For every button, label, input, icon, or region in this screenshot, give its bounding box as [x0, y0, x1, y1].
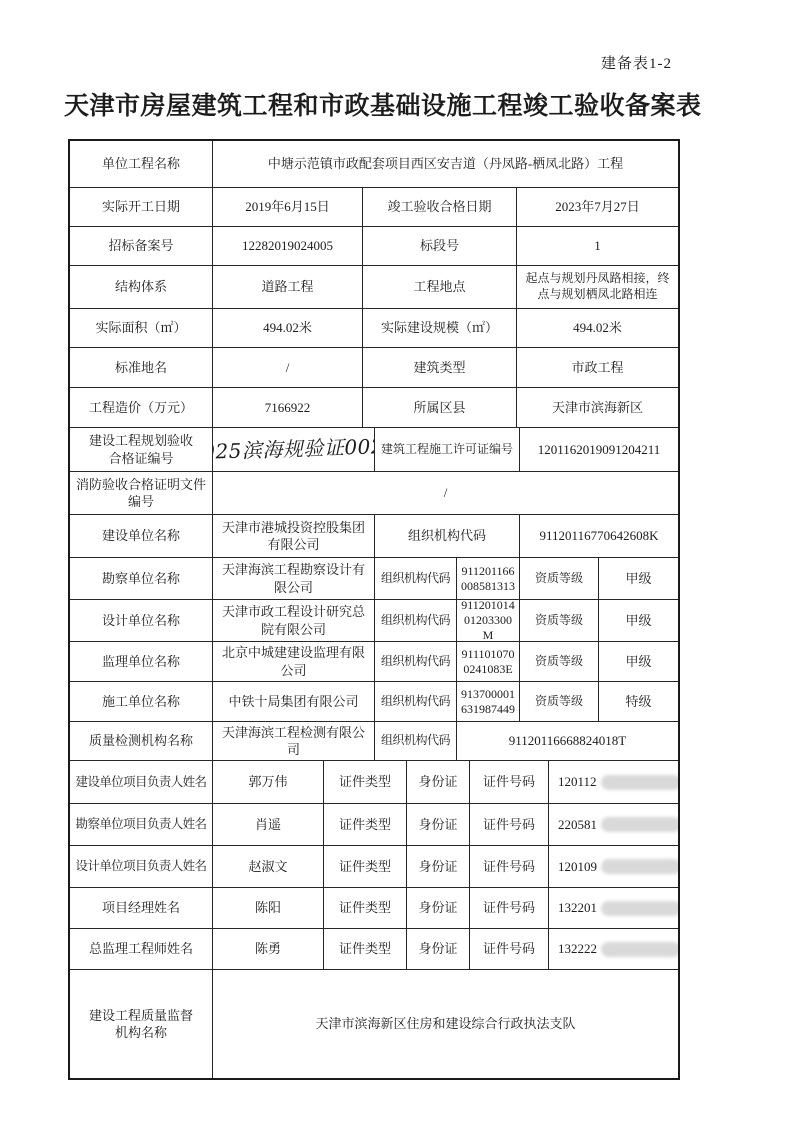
planning-cert-label: 建设工程规划验收 合格证编号	[70, 428, 213, 471]
design-manager-name: 赵淑文	[213, 846, 324, 887]
design-manager-id: 120109	[549, 846, 678, 887]
project-manager-label: 项目经理姓名	[70, 888, 213, 928]
quality-supervision-label: 建设工程质量监督 机构名称	[70, 970, 213, 1078]
project-cost-value: 7166922	[213, 388, 363, 427]
row-fire-cert: 消防验收合格证明文件 编号 /	[70, 472, 678, 515]
actual-area-label: 实际面积（㎡）	[70, 309, 213, 347]
actual-scale-value: 494.02米	[517, 309, 678, 347]
owner-manager-id: 120112	[549, 761, 678, 803]
redacted-id-blur	[601, 901, 678, 916]
design-org-code-value: 91120101401203300M	[457, 600, 520, 641]
owner-manager-label: 建设单位项目负责人姓名	[70, 761, 213, 803]
contractor-grade-value: 特级	[599, 682, 678, 721]
district-value: 天津市滨海新区	[517, 388, 678, 427]
row-owner-manager: 建设单位项目负责人姓名 郭万伟 证件类型 身份证 证件号码 120112	[70, 761, 678, 804]
survey-grade-value: 甲级	[599, 558, 678, 599]
bid-section-label: 标段号	[363, 227, 517, 265]
survey-unit-name: 天津海滨工程勘察设计有限公司	[213, 558, 375, 599]
cert-type-label: 证件类型	[324, 846, 407, 887]
acceptance-date-label: 竣工验收合格日期	[363, 188, 517, 226]
bid-record-label: 招标备案号	[70, 227, 213, 265]
filing-table: 单位工程名称 中塘示范镇市政配套项目西区安吉道（丹凤路-栖凤北路）工程 实际开工…	[68, 139, 680, 1080]
row-project-manager: 项目经理姓名 陈阳 证件类型 身份证 证件号码 132201	[70, 888, 678, 929]
document-title: 天津市房屋建筑工程和市政基础设施工程竣工验收备案表	[64, 86, 684, 122]
contractor-unit-name: 中铁十局集团有限公司	[213, 682, 375, 721]
contractor-org-code-label: 组织机构代码	[375, 682, 457, 721]
row-chief-supervisor: 总监理工程师姓名 陈勇 证件类型 身份证 证件号码 132222	[70, 929, 678, 970]
start-date-value: 2019年6月15日	[213, 188, 363, 226]
unit-project-name-label: 单位工程名称	[70, 141, 213, 187]
supervision-org-code-value: 9111010700241083E	[457, 642, 520, 681]
project-manager-id: 132201	[549, 888, 678, 928]
row-quality-supervision-agency: 建设工程质量监督 机构名称 天津市滨海新区住房和建设综合行政执法支队	[70, 970, 678, 1078]
cert-no-label: 证件号码	[470, 929, 549, 969]
fire-cert-value: /	[213, 472, 678, 514]
row-design-manager: 设计单位项目负责人姓名 赵淑文 证件类型 身份证 证件号码 120109	[70, 846, 678, 888]
cert-type-value: 身份证	[407, 888, 470, 928]
acceptance-date-value: 2023年7月27日	[517, 188, 678, 226]
cert-type-label: 证件类型	[324, 804, 407, 845]
cert-no-label: 证件号码	[470, 888, 549, 928]
survey-manager-label: 勘察单位项目负责人姓名	[70, 804, 213, 845]
id-prefix: 120109	[558, 858, 597, 875]
standard-place-label: 标准地名	[70, 348, 213, 387]
supervision-unit-label: 监理单位名称	[70, 642, 213, 681]
row-planning-permit: 建设工程规划验收 合格证编号 2025滨海规验证0020 建筑工程施工许可证编号…	[70, 428, 678, 472]
bid-record-value: 12282019024005	[213, 227, 363, 265]
cert-no-label: 证件号码	[470, 846, 549, 887]
id-prefix: 132201	[558, 899, 597, 916]
contractor-grade-label: 资质等级	[520, 682, 599, 721]
structure-label: 结构体系	[70, 266, 213, 308]
owner-unit-label: 建设单位名称	[70, 515, 213, 557]
supervision-org-code-label: 组织机构代码	[375, 642, 457, 681]
design-grade-label: 资质等级	[520, 600, 599, 641]
id-prefix: 220581	[558, 816, 597, 833]
survey-manager-name: 肖遥	[213, 804, 324, 845]
owner-org-code-value: 91120116770642608K	[520, 515, 678, 557]
project-manager-name: 陈阳	[213, 888, 324, 928]
construction-permit-value: 1201162019091204211	[520, 428, 678, 471]
row-area-scale: 实际面积（㎡） 494.02米 实际建设规模（㎡） 494.02米	[70, 309, 678, 348]
cert-type-label: 证件类型	[324, 761, 407, 803]
row-contractor-unit: 施工单位名称 中铁十局集团有限公司 组织机构代码 913700001631987…	[70, 682, 678, 722]
supervision-grade-value: 甲级	[599, 642, 678, 681]
survey-org-code-label: 组织机构代码	[375, 558, 457, 599]
quality-test-label: 质量检测机构名称	[70, 722, 213, 760]
quality-supervision-value: 天津市滨海新区住房和建设综合行政执法支队	[213, 970, 678, 1078]
redacted-id-blur	[601, 817, 678, 832]
quality-test-org-code-label: 组织机构代码	[375, 722, 457, 760]
redacted-id-blur	[601, 859, 678, 874]
location-value: 起点与规划丹凤路相接，终点与规划栖凤北路相连	[517, 266, 678, 308]
cert-no-label: 证件号码	[470, 804, 549, 845]
building-type-label: 建筑类型	[363, 348, 517, 387]
id-prefix: 120112	[558, 773, 597, 790]
structure-value: 道路工程	[213, 266, 363, 308]
location-label: 工程地点	[363, 266, 517, 308]
row-supervision-unit: 监理单位名称 北京中城建建设监理有限公司 组织机构代码 911101070024…	[70, 642, 678, 682]
chief-supervisor-name: 陈勇	[213, 929, 324, 969]
design-grade-value: 甲级	[599, 600, 678, 641]
row-quality-test-agency: 质量检测机构名称 天津海滨工程检测有限公司 组织机构代码 91120116668…	[70, 722, 678, 761]
id-prefix: 132222	[558, 940, 597, 957]
cert-type-value: 身份证	[407, 929, 470, 969]
survey-unit-label: 勘察单位名称	[70, 558, 213, 599]
supervision-grade-label: 资质等级	[520, 642, 599, 681]
supervision-unit-name: 北京中城建建设监理有限公司	[213, 642, 375, 681]
owner-unit-name: 天津市港城投资控股集团有限公司	[213, 515, 375, 557]
form-code: 建备表1-2	[0, 0, 672, 73]
standard-place-value: /	[213, 348, 363, 387]
owner-manager-name: 郭万伟	[213, 761, 324, 803]
unit-project-name-value: 中塘示范镇市政配套项目西区安吉道（丹凤路-栖凤北路）工程	[213, 141, 678, 187]
cert-type-label: 证件类型	[324, 888, 407, 928]
cert-type-value: 身份证	[407, 804, 470, 845]
owner-org-code-label: 组织机构代码	[375, 515, 520, 557]
survey-manager-id: 220581	[549, 804, 678, 845]
quality-test-name: 天津海滨工程检测有限公司	[213, 722, 375, 760]
row-unit-project-name: 单位工程名称 中塘示范镇市政配套项目西区安吉道（丹凤路-栖凤北路）工程	[70, 141, 678, 188]
quality-test-org-code-value: 91120116668824018T	[457, 722, 678, 760]
row-survey-unit: 勘察单位名称 天津海滨工程勘察设计有限公司 组织机构代码 91120116600…	[70, 558, 678, 600]
cert-type-value: 身份证	[407, 761, 470, 803]
design-unit-label: 设计单位名称	[70, 600, 213, 641]
redacted-id-blur	[601, 942, 678, 957]
cert-type-value: 身份证	[407, 846, 470, 887]
handwritten-text: 2025滨海规验证0020	[213, 433, 375, 466]
contractor-unit-label: 施工单位名称	[70, 682, 213, 721]
row-bid-record: 招标备案号 12282019024005 标段号 1	[70, 227, 678, 266]
bid-section-value: 1	[517, 227, 678, 265]
row-dates: 实际开工日期 2019年6月15日 竣工验收合格日期 2023年7月27日	[70, 188, 678, 227]
chief-supervisor-id: 132222	[549, 929, 678, 969]
cert-no-label: 证件号码	[470, 761, 549, 803]
planning-cert-handwritten-value: 2025滨海规验证0020	[213, 428, 375, 471]
row-place-type: 标准地名 / 建筑类型 市政工程	[70, 348, 678, 388]
district-label: 所属区县	[363, 388, 517, 427]
building-type-value: 市政工程	[517, 348, 678, 387]
row-design-unit: 设计单位名称 天津市政工程设计研究总院有限公司 组织机构代码 911201014…	[70, 600, 678, 642]
fire-cert-label: 消防验收合格证明文件 编号	[70, 472, 213, 514]
design-org-code-label: 组织机构代码	[375, 600, 457, 641]
actual-area-value: 494.02米	[213, 309, 363, 347]
start-date-label: 实际开工日期	[70, 188, 213, 226]
row-survey-manager: 勘察单位项目负责人姓名 肖遥 证件类型 身份证 证件号码 220581	[70, 804, 678, 846]
redacted-id-blur	[601, 775, 678, 790]
design-unit-name: 天津市政工程设计研究总院有限公司	[213, 600, 375, 641]
row-structure-location: 结构体系 道路工程 工程地点 起点与规划丹凤路相接，终点与规划栖凤北路相连	[70, 266, 678, 309]
project-cost-label: 工程造价（万元）	[70, 388, 213, 427]
design-manager-label: 设计单位项目负责人姓名	[70, 846, 213, 887]
contractor-org-code-value: 913700001631987449	[457, 682, 520, 721]
actual-scale-label: 实际建设规模（㎡）	[363, 309, 517, 347]
survey-org-code-value: 911201166008581313	[457, 558, 520, 599]
row-owner-unit: 建设单位名称 天津市港城投资控股集团有限公司 组织机构代码 9112011677…	[70, 515, 678, 558]
cert-type-label: 证件类型	[324, 929, 407, 969]
document-page: 建备表1-2 天津市房屋建筑工程和市政基础设施工程竣工验收备案表 单位工程名称 …	[0, 0, 800, 1131]
row-cost-district: 工程造价（万元） 7166922 所属区县 天津市滨海新区	[70, 388, 678, 428]
construction-permit-label: 建筑工程施工许可证编号	[375, 428, 520, 471]
survey-grade-label: 资质等级	[520, 558, 599, 599]
chief-supervisor-label: 总监理工程师姓名	[70, 929, 213, 969]
